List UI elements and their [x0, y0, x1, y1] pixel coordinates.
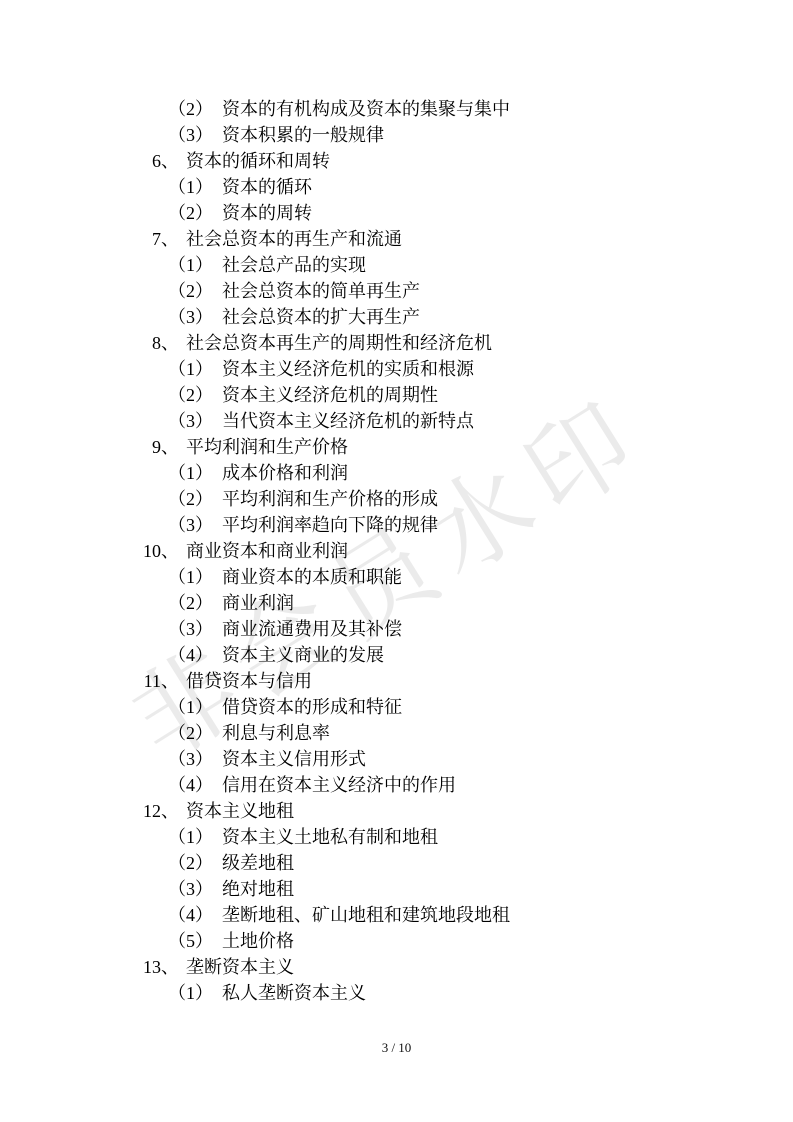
item-number: （3） — [168, 307, 213, 327]
item-text: 社会总产品的实现 — [222, 255, 366, 275]
item-number: （3） — [168, 749, 213, 769]
outline-subitem: （3）资本积累的一般规律 — [0, 122, 793, 148]
item-text: 平均利润率趋向下降的规律 — [222, 515, 438, 535]
outline-subitem: （3）资本主义信用形式 — [0, 746, 793, 772]
item-number: （2） — [168, 203, 213, 223]
outline-heading: 7、社会总资本的再生产和流通 — [0, 226, 793, 252]
item-text: 成本价格和利润 — [222, 463, 348, 483]
item-number: 10、 — [143, 538, 179, 564]
outline-heading: 10、商业资本和商业利润 — [0, 538, 793, 564]
outline-subitem: （2）资本主义经济危机的周期性 — [0, 382, 793, 408]
item-text: 借贷资本的形成和特征 — [222, 697, 402, 717]
item-text: 社会总资本再生产的周期性和经济危机 — [186, 333, 492, 353]
item-number: （1） — [168, 697, 213, 717]
outline-subitem: （3）商业流通费用及其补偿 — [0, 616, 793, 642]
item-number: （2） — [168, 99, 213, 119]
item-number: 7、 — [143, 226, 179, 252]
outline-subitem: （4）信用在资本主义经济中的作用 — [0, 772, 793, 798]
item-text: 资本的周转 — [222, 203, 312, 223]
outline-subitem: （1）资本主义土地私有制和地租 — [0, 824, 793, 850]
item-number: （1） — [168, 827, 213, 847]
item-number: （2） — [168, 723, 213, 743]
item-text: 商业流通费用及其补偿 — [222, 619, 402, 639]
item-text: 资本的有机构成及资本的集聚与集中 — [222, 99, 510, 119]
outline-subitem: （1）社会总产品的实现 — [0, 252, 793, 278]
item-text: 平均利润和生产价格的形成 — [222, 489, 438, 509]
outline-subitem: （1）资本的循环 — [0, 174, 793, 200]
item-number: （4） — [168, 905, 213, 925]
outline-subitem: （4）资本主义商业的发展 — [0, 642, 793, 668]
item-text: 商业资本和商业利润 — [186, 541, 348, 561]
outline-subitem: （2）平均利润和生产价格的形成 — [0, 486, 793, 512]
item-number: （1） — [168, 359, 213, 379]
item-number: （4） — [168, 645, 213, 665]
item-text: 垄断地租、矿山地租和建筑地段地租 — [222, 905, 510, 925]
outline-subitem: （1）资本主义经济危机的实质和根源 — [0, 356, 793, 382]
outline-subitem: （1）借贷资本的形成和特征 — [0, 694, 793, 720]
outline-subitem: （4）垄断地租、矿山地租和建筑地段地租 — [0, 902, 793, 928]
outline-subitem: （3）社会总资本的扩大再生产 — [0, 304, 793, 330]
outline-subitem: （2）资本的周转 — [0, 200, 793, 226]
item-number: （2） — [168, 489, 213, 509]
outline-subitem: （3）平均利润率趋向下降的规律 — [0, 512, 793, 538]
item-text: 社会总资本的简单再生产 — [222, 281, 420, 301]
item-text: 级差地租 — [222, 853, 294, 873]
outline-heading: 13、垄断资本主义 — [0, 954, 793, 980]
item-number: （1） — [168, 983, 213, 1003]
item-number: （2） — [168, 593, 213, 613]
outline-subitem: （5）土地价格 — [0, 928, 793, 954]
item-number: （1） — [168, 255, 213, 275]
item-text: 商业资本的本质和职能 — [222, 567, 402, 587]
item-text: 当代资本主义经济危机的新特点 — [222, 411, 474, 431]
item-text: 社会总资本的扩大再生产 — [222, 307, 420, 327]
item-text: 信用在资本主义经济中的作用 — [222, 775, 456, 795]
item-number: （3） — [168, 515, 213, 535]
outline-subitem: （2）社会总资本的简单再生产 — [0, 278, 793, 304]
item-text: 资本的循环 — [222, 177, 312, 197]
item-text: 绝对地租 — [222, 879, 294, 899]
item-text: 资本积累的一般规律 — [222, 125, 384, 145]
item-text: 资本的循环和周转 — [186, 151, 330, 171]
document-page: 非会员水印 （2）资本的有机构成及资本的集聚与集中（3）资本积累的一般规律6、资… — [0, 0, 793, 1122]
outline-subitem: （2）商业利润 — [0, 590, 793, 616]
item-number: 11、 — [143, 668, 179, 694]
item-text: 商业利润 — [222, 593, 294, 613]
item-text: 平均利润和生产价格 — [186, 437, 348, 457]
item-text: 资本主义土地私有制和地租 — [222, 827, 438, 847]
outline-list: （2）资本的有机构成及资本的集聚与集中（3）资本积累的一般规律6、资本的循环和周… — [0, 96, 793, 1006]
item-number: 9、 — [143, 434, 179, 460]
item-number: 13、 — [143, 954, 179, 980]
item-number: （2） — [168, 853, 213, 873]
item-number: （3） — [168, 411, 213, 431]
item-number: 8、 — [143, 330, 179, 356]
outline-subitem: （2）利息与利息率 — [0, 720, 793, 746]
outline-subitem: （3）绝对地租 — [0, 876, 793, 902]
item-text: 垄断资本主义 — [186, 957, 294, 977]
item-number: （1） — [168, 567, 213, 587]
outline-heading: 8、社会总资本再生产的周期性和经济危机 — [0, 330, 793, 356]
item-text: 土地价格 — [222, 931, 294, 951]
outline-heading: 9、平均利润和生产价格 — [0, 434, 793, 460]
item-text: 利息与利息率 — [222, 723, 330, 743]
outline-heading: 6、资本的循环和周转 — [0, 148, 793, 174]
item-text: 资本主义信用形式 — [222, 749, 366, 769]
item-number: 12、 — [143, 798, 179, 824]
item-number: 6、 — [143, 148, 179, 174]
item-number: （3） — [168, 619, 213, 639]
item-text: 私人垄断资本主义 — [222, 983, 366, 1003]
item-number: （3） — [168, 125, 213, 145]
item-text: 社会总资本的再生产和流通 — [186, 229, 402, 249]
outline-subitem: （2）资本的有机构成及资本的集聚与集中 — [0, 96, 793, 122]
outline-subitem: （3）当代资本主义经济危机的新特点 — [0, 408, 793, 434]
outline-subitem: （1）商业资本的本质和职能 — [0, 564, 793, 590]
item-number: （1） — [168, 463, 213, 483]
outline-heading: 11、借贷资本与信用 — [0, 668, 793, 694]
outline-subitem: （1）成本价格和利润 — [0, 460, 793, 486]
item-number: （2） — [168, 281, 213, 301]
item-text: 资本主义商业的发展 — [222, 645, 384, 665]
item-text: 资本主义经济危机的实质和根源 — [222, 359, 474, 379]
item-text: 资本主义地租 — [186, 801, 294, 821]
item-number: （2） — [168, 385, 213, 405]
item-text: 借贷资本与信用 — [186, 671, 312, 691]
item-number: （1） — [168, 177, 213, 197]
outline-subitem: （1）私人垄断资本主义 — [0, 980, 793, 1006]
item-text: 资本主义经济危机的周期性 — [222, 385, 438, 405]
outline-heading: 12、资本主义地租 — [0, 798, 793, 824]
outline-subitem: （2）级差地租 — [0, 850, 793, 876]
item-number: （4） — [168, 775, 213, 795]
item-number: （5） — [168, 931, 213, 951]
page-number: 3 / 10 — [0, 1040, 793, 1056]
item-number: （3） — [168, 879, 213, 899]
